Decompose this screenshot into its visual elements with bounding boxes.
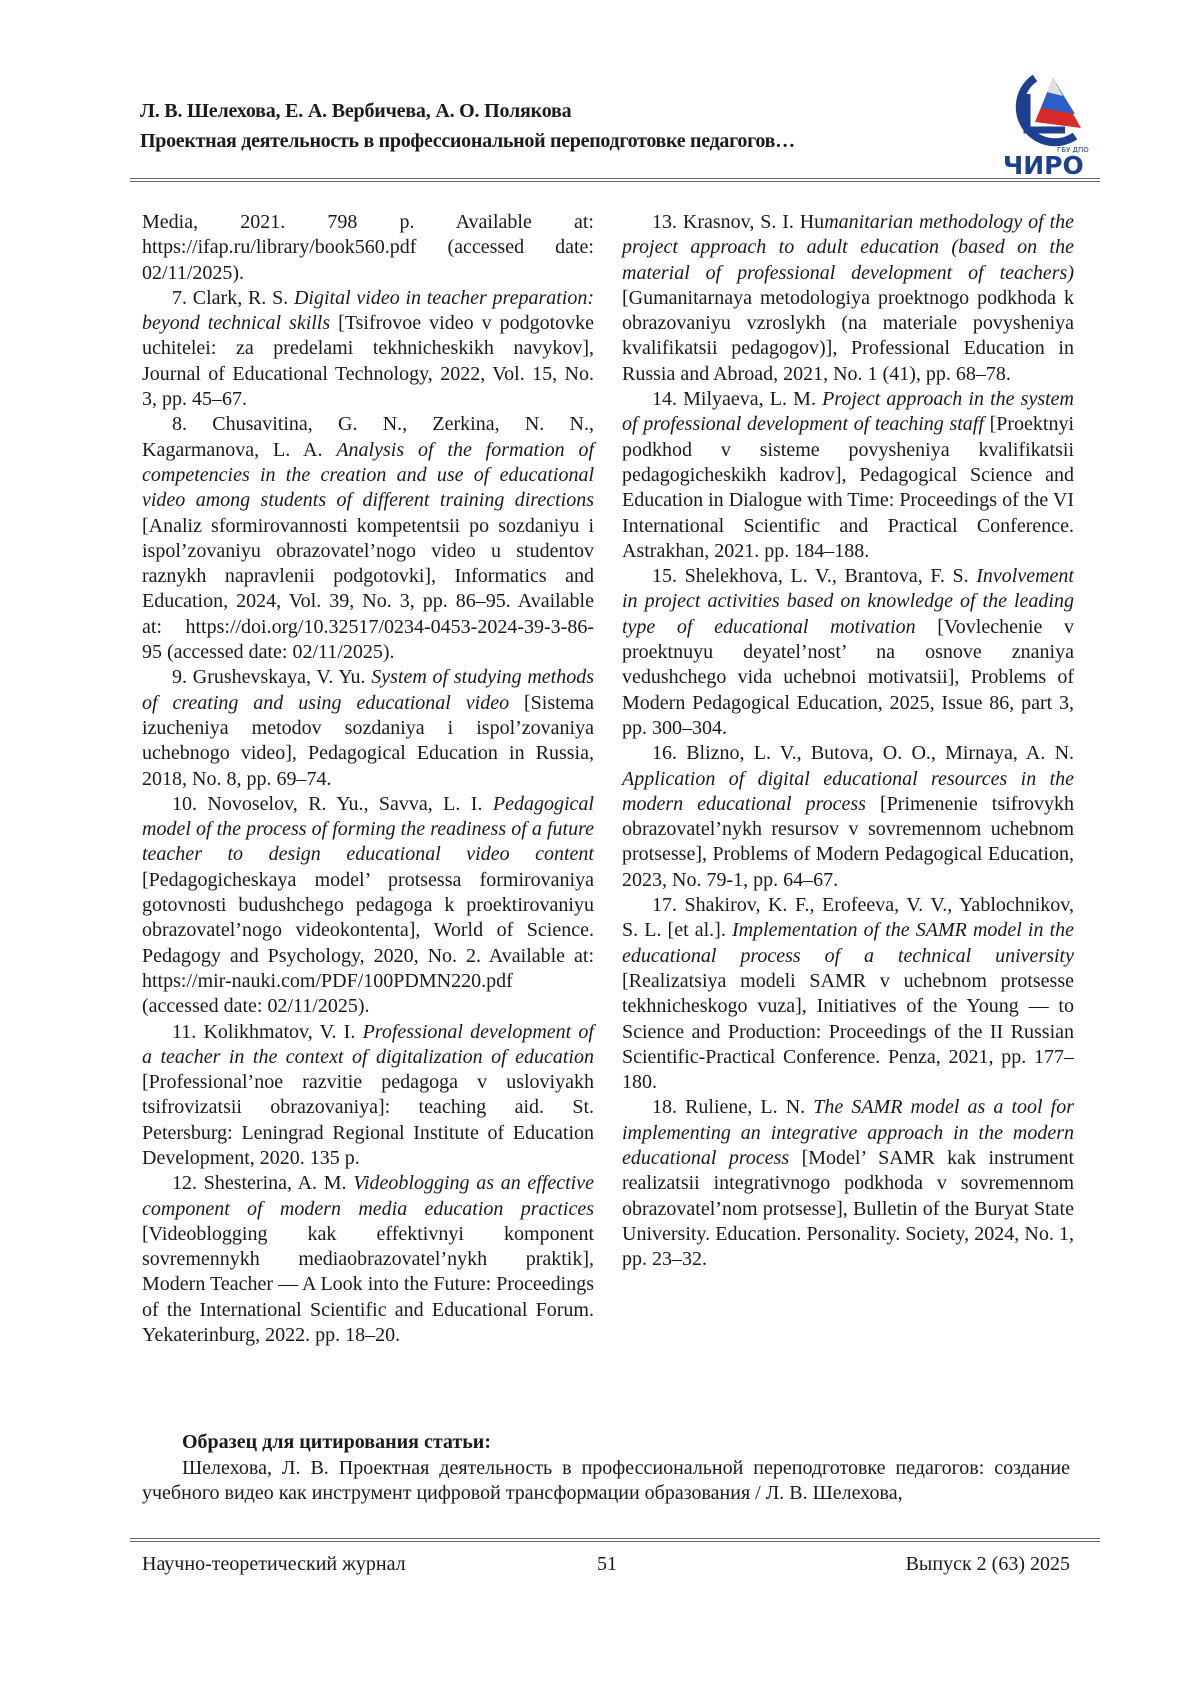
footer-rule xyxy=(130,1538,1100,1542)
reference-item: 18. Ruliene, L. N. The SAMR model as a t… xyxy=(622,1095,1074,1272)
reference-item: 12. Shesterina, A. M. Videoblogging as a… xyxy=(142,1171,594,1348)
running-header: Л. В. Шелехова, Е. А. Вербичева, А. О. П… xyxy=(140,96,1000,156)
reference-item: 10. Novoselov, R. Yu., Savva, L. I. Peda… xyxy=(142,792,594,1020)
reference-item: 7. Clark, R. S. Digital video in teacher… xyxy=(142,286,594,412)
reference-item: 9. Grushevskaya, V. Yu. System of studyi… xyxy=(142,665,594,791)
header-article-title: Проектная деятельность в профессионально… xyxy=(140,126,1000,156)
reference-item: 15. Shelekhova, L. V., Brantova, F. S. I… xyxy=(622,564,1074,741)
citation-label: Образец для цитирования статьи: xyxy=(142,1430,1070,1456)
chiro-logo: ГБУ ДПО ЧИРО xyxy=(995,70,1095,178)
reference-item: 16. Blizno, L. V., Butova, O. O., Mirnay… xyxy=(622,741,1074,893)
citation-block: Образец для цитирования статьи: Шелехова… xyxy=(142,1430,1070,1507)
svg-text:ЧИРО: ЧИРО xyxy=(1003,151,1084,178)
reference-item: 8. Chusavitina, G. N., Zerkina, N. N., K… xyxy=(142,412,594,665)
footer-issue: Выпуск 2 (63) 2025 xyxy=(906,1553,1070,1576)
reference-item: 17. Shakirov, K. F., Erofeeva, V. V., Ya… xyxy=(622,893,1074,1095)
page-number: 51 xyxy=(597,1553,617,1576)
header-authors: Л. В. Шелехова, Е. А. Вербичева, А. О. П… xyxy=(140,96,1000,126)
citation-text: Шелехова, Л. В. Проектная деятельность в… xyxy=(142,1456,1070,1507)
reference-item: 13. Krasnov, S. I. Humanitarian methodol… xyxy=(622,210,1074,387)
reference-item: 11. Kolikhmatov, V. I. Professional deve… xyxy=(142,1020,594,1172)
references-left-column: Media, 2021. 798 p. Available at: https:… xyxy=(142,210,594,1348)
references-right-column: 13. Krasnov, S. I. Humanitarian methodol… xyxy=(622,210,1074,1272)
footer-journal: Научно-теоретический журнал xyxy=(142,1553,406,1576)
reference-item: 14. Milyaeva, L. M. Project approach in … xyxy=(622,387,1074,564)
chiro-logo-icon: ГБУ ДПО ЧИРО xyxy=(995,70,1095,178)
page-footer: Научно-теоретический журнал 51 Выпуск 2 … xyxy=(142,1553,1070,1581)
header-rule xyxy=(130,178,1100,182)
reference-item: Media, 2021. 798 p. Available at: https:… xyxy=(142,210,594,286)
